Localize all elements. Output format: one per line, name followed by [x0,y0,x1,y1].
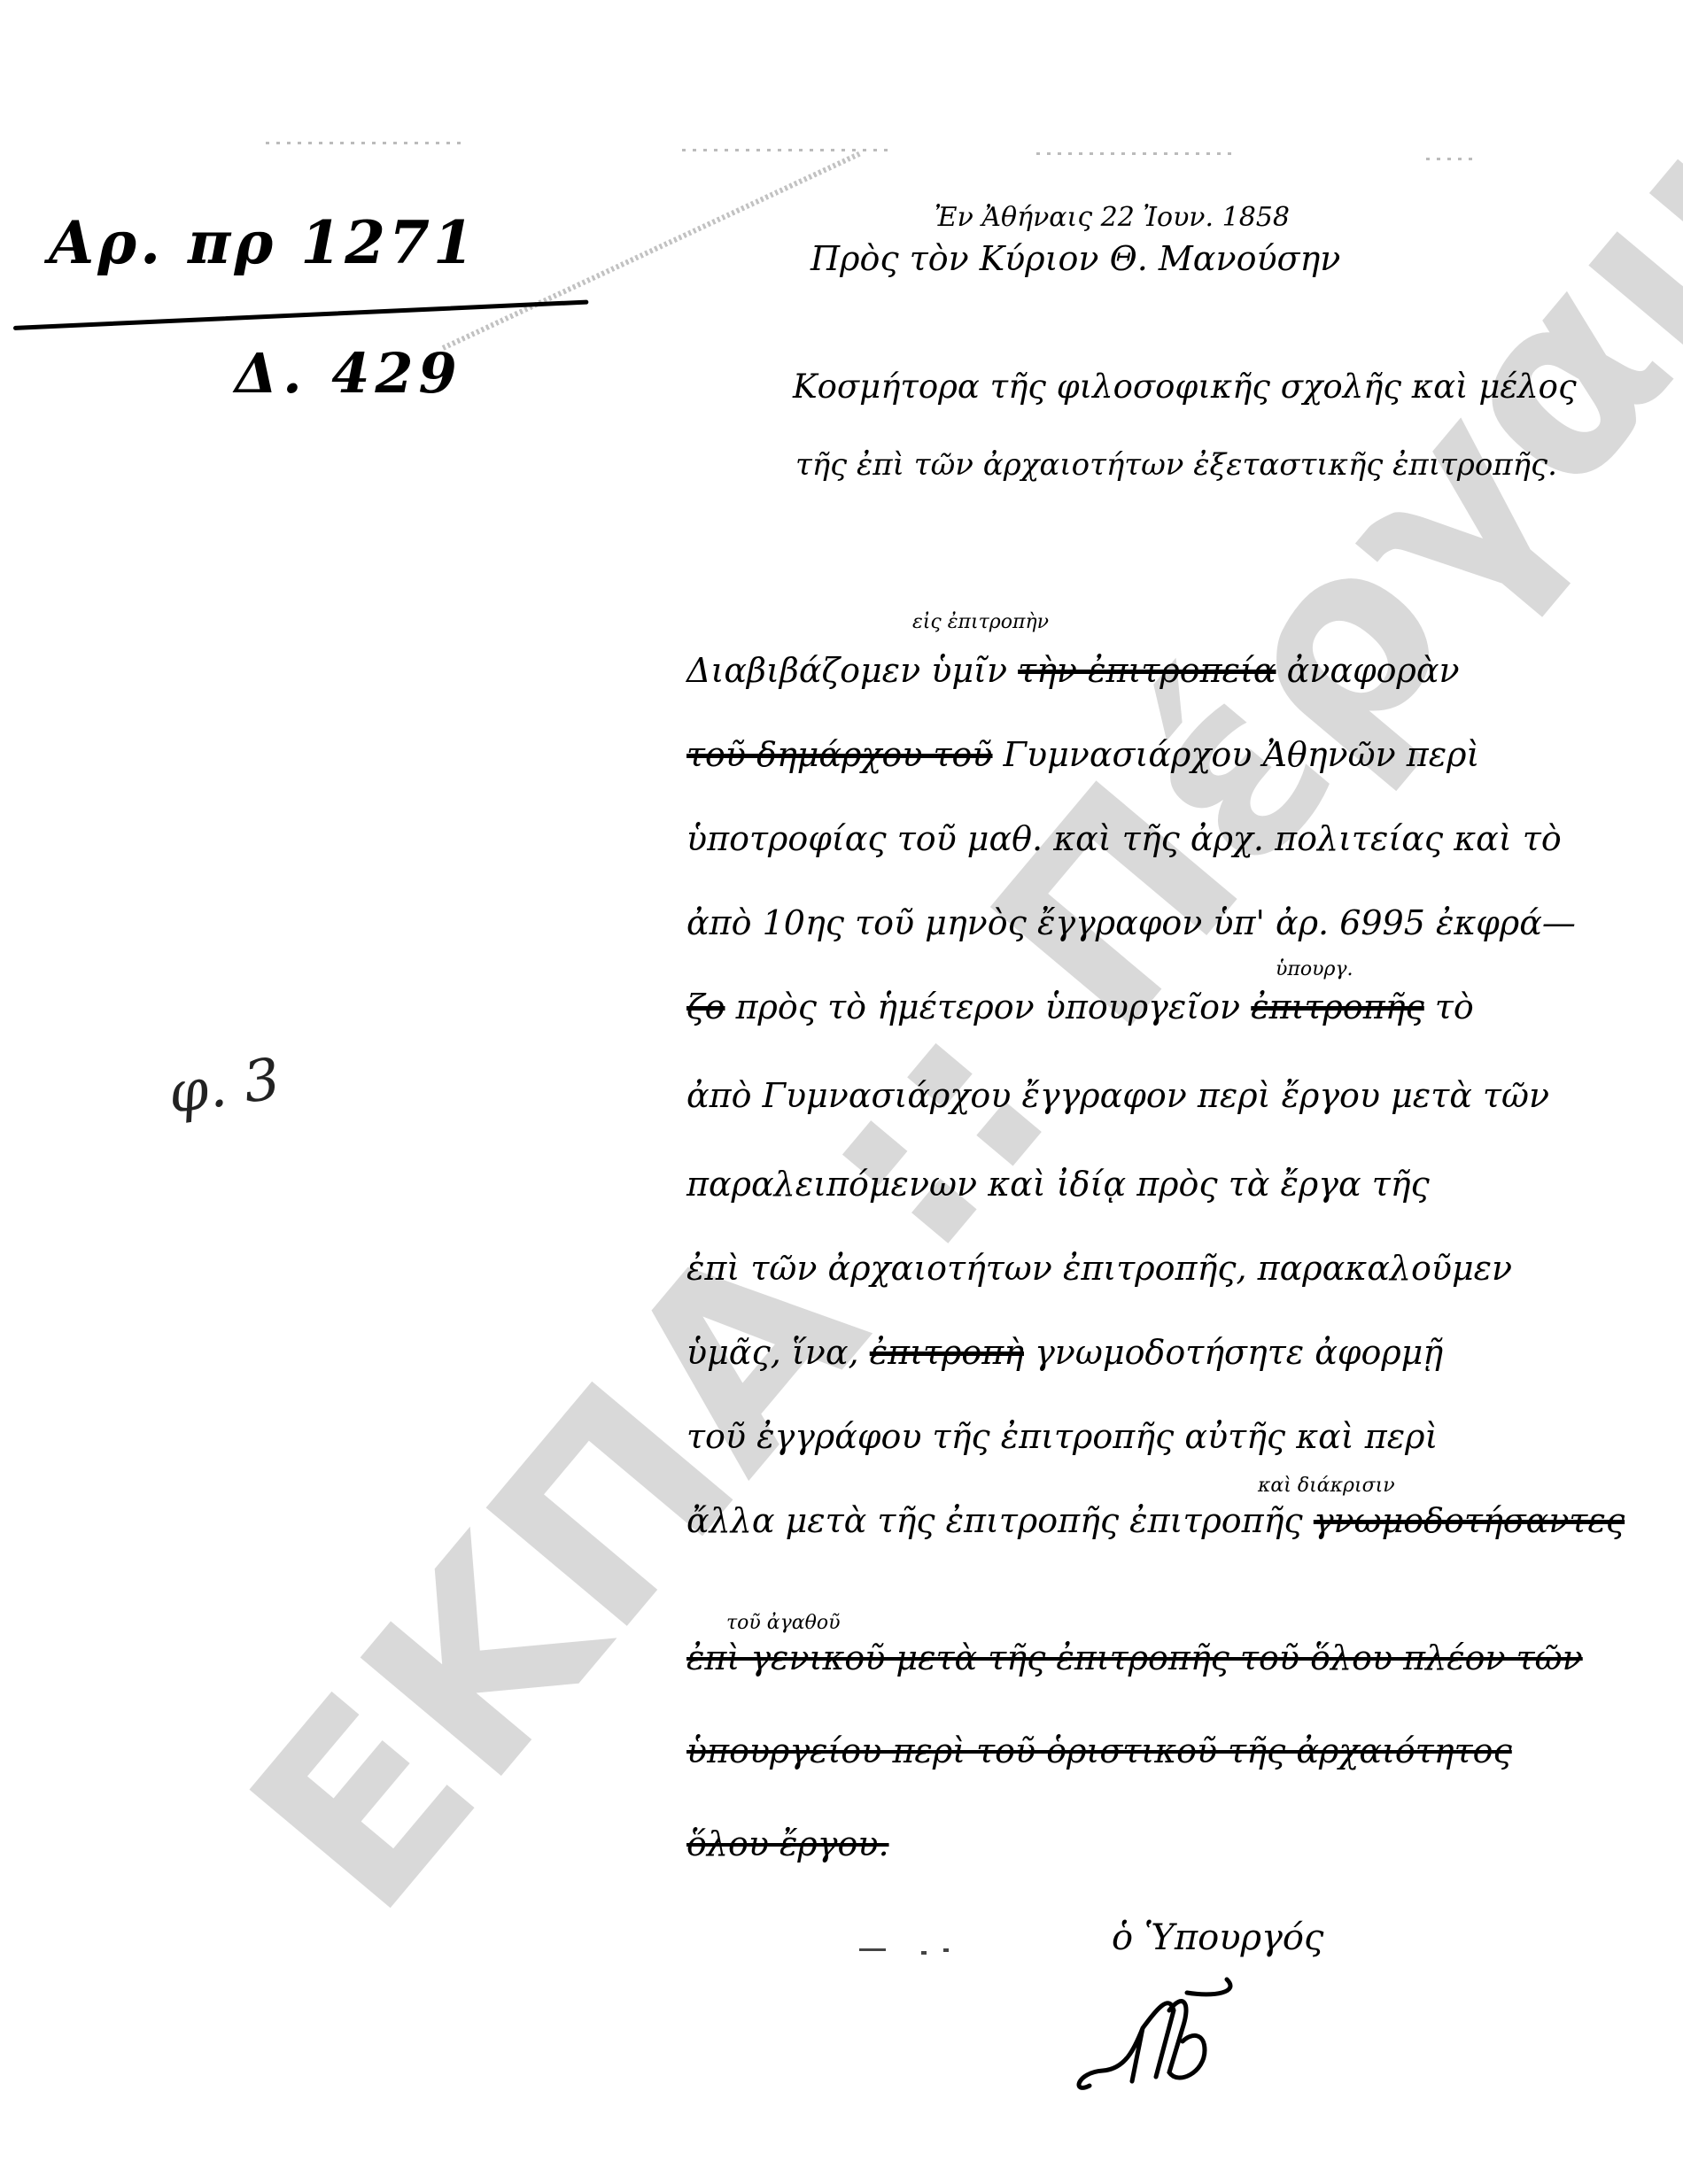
recipient-line: Πρὸς τὸν Κύριον Θ. Μανούσην [810,239,1340,278]
scan-noise [1036,152,1231,155]
body-text: τὸ [1435,987,1474,1026]
body-line: τοῦ ἐγγράφου τῆς ἐπιτροπῆς αὐτῆς καὶ περ… [686,1417,1438,1456]
interlinear-insert: καὶ διάκρισιν [1258,1475,1395,1497]
body-line: ὑμᾶς, ἵνα, ἐπιτροπὴ γνωμοδοτήσητε ἀφορμῇ [686,1333,1443,1372]
struck-text: ἐπιτροπὴ [870,1333,1024,1372]
body-text: ὑμᾶς, ἵνα, [686,1333,859,1372]
body-text: γνωμοδοτήσητε ἀφορμῇ [1035,1333,1443,1372]
body-text: ἄλλα μετὰ τῆς ἐπιτροπῆς ἐπιτροπῆς [686,1501,1303,1540]
struck-text: ζο [686,987,725,1026]
struck-text: ἐπὶ γενικοῦ μετὰ τῆς ἐπιτροπῆς τοῦ ὅλου … [686,1638,1583,1677]
body-line: Διαβιβάζομεν ὑμῖν τὴν ἐπιτροπεία ἀναφορὰ… [686,651,1460,690]
recipient-title-line-2: τῆς ἐπὶ τῶν ἀρχαιοτήτων ἐξεταστικῆς ἐπιτ… [795,447,1557,483]
archival-reference-number: Αρ. πρ 1271 [49,208,477,277]
archival-folder-number: Δ. 429 [235,341,462,406]
interlinear-insert: τοῦ ἀγαθοῦ [726,1612,841,1634]
body-line: ἄλλα μετὰ τῆς ἐπιτροπῆς ἐπιτροπῆς γνωμοδ… [686,1501,1625,1540]
place-and-date: Ἐν Ἀθήναις 22 Ἰουν. 1858 [935,202,1290,233]
body-text: Διαβιβάζομεν ὑμῖν [686,651,1007,690]
reference-divider-rule [13,300,589,330]
interlinear-insert: ὑπουργ. [1276,958,1353,980]
body-line: ὅλου ἔργου. [686,1824,889,1863]
scan-noise [1426,158,1479,160]
scan-noise [682,149,895,151]
struck-text: τοῦ δημάρχου τοῦ [686,735,993,774]
scan-noise [943,1948,949,1952]
interlinear-insert: εἰς ἐπιτροπὴν [912,611,1049,633]
struck-text: τὴν ἐπιτροπεία [1018,651,1276,690]
body-line: ἀπὸ Γυμνασιάρχου ἔγγραφον περὶ ἔργου μετ… [686,1076,1549,1115]
signature-flourish-icon [1072,1975,1249,2099]
scan-smudge [442,151,862,351]
document-page: ΕΚΠΑ :: Πέργαμος Αρ. πρ 1271 Δ. 429 φ. 3… [0,0,1683,2184]
scan-noise [266,142,461,144]
body-text: Γυμνασιάρχου Ἀθηνῶν περὶ [1004,735,1480,774]
body-line: ζο πρὸς τὸ ἡμέτερον ὑπουργεῖον ἐπιτροπῆς… [686,987,1474,1026]
struck-text: γνωμοδοτήσαντες [1314,1501,1625,1540]
struck-text: ἐπιτροπῆς [1251,987,1424,1026]
body-line: ἀπὸ 10ης τοῦ μηνὸς ἔγγραφον ὑπ' ἀρ. 6995… [686,903,1576,942]
body-text: πρὸς τὸ ἡμέτερον ὑπουργεῖον [736,987,1241,1026]
body-line: ὑπουργείου περὶ τοῦ ὁριστικοῦ τῆς ἀρχαιό… [686,1731,1512,1770]
margin-folio-note: φ. 3 [164,1047,283,1127]
body-line: τοῦ δημάρχου τοῦ Γυμνασιάρχου Ἀθηνῶν περ… [686,735,1479,774]
body-line: παραλειπόμενων καὶ ἰδίᾳ πρὸς τὰ ἔργα τῆς [686,1165,1430,1204]
struck-text: ὅλου ἔργου. [686,1824,889,1863]
recipient-title-line-1: Κοσμήτορα τῆς φιλοσοφικῆς σχολῆς καὶ μέλ… [793,368,1577,406]
body-text: ἀναφορὰν [1287,651,1460,690]
signature-title: ὁ Ὑπουργός [1112,1917,1323,1958]
scan-noise [921,1951,927,1955]
body-line: ὑποτροφίας τοῦ μαθ. καὶ τῆς ἀρχ. πολιτεί… [686,819,1562,858]
struck-text: ὑπουργείου περὶ τοῦ ὁριστικοῦ τῆς ἀρχαιό… [686,1731,1512,1770]
body-line: ἐπὶ τῶν ἀρχαιοτήτων ἐπιτροπῆς, παρακαλοῦ… [686,1249,1512,1288]
scan-noise [859,1948,886,1951]
body-line: ἐπὶ γενικοῦ μετὰ τῆς ἐπιτροπῆς τοῦ ὅλου … [686,1638,1583,1677]
